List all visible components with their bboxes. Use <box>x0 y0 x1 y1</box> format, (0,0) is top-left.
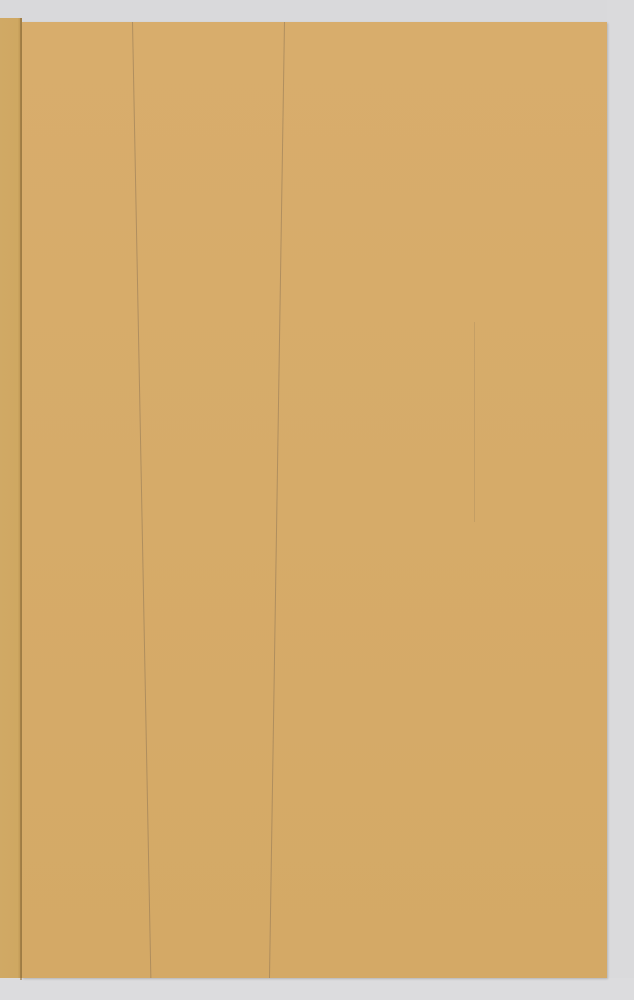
ruled-line-middle <box>269 22 285 978</box>
manuscript-page <box>22 22 607 978</box>
previous-page-edge <box>0 18 22 978</box>
background-bottom <box>0 978 634 1000</box>
ruled-line-left <box>132 22 151 978</box>
ruled-line-right-fragment <box>474 322 475 522</box>
background-right <box>607 0 634 1000</box>
background-top <box>0 0 634 22</box>
